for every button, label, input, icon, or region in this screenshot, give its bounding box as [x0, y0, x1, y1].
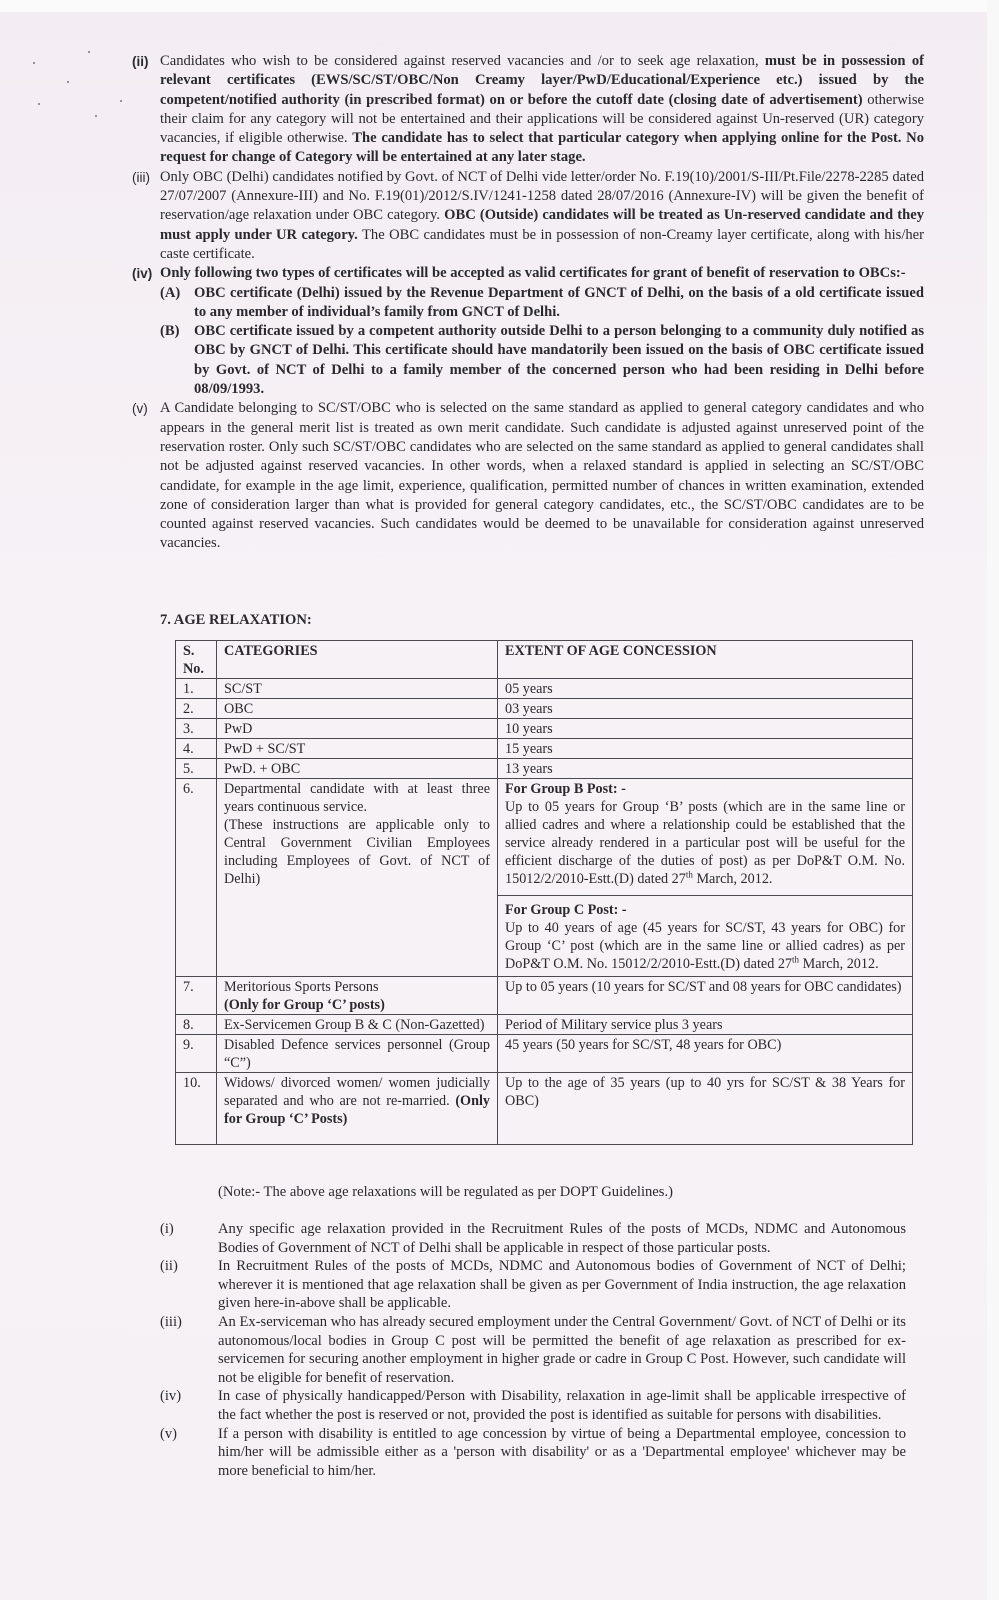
- clause-text: In case of physically handicapped/Person…: [218, 1387, 906, 1424]
- clause-v: (v) A Candidate belonging to SC/ST/OBC w…: [132, 399, 924, 553]
- document-page: (ii) Candidates who wish to be considere…: [0, 0, 999, 1600]
- page-top-margin: [0, 0, 999, 12]
- cell-sno: 6.: [176, 779, 217, 977]
- header-categories: CATEGORIES: [217, 641, 498, 679]
- clause-text: Only following two types of certificates…: [160, 264, 924, 399]
- cell-sno: 1.: [176, 679, 217, 699]
- cell-concession: 10 years: [498, 719, 913, 739]
- clause-text: Any specific age relaxation provided in …: [218, 1220, 906, 1257]
- header-sno: S. No.: [176, 641, 217, 679]
- table-header-row: S. No. CATEGORIES EXTENT OF AGE CONCESSI…: [176, 641, 913, 679]
- list-item: (iv) In case of physically handicapped/P…: [160, 1387, 906, 1424]
- subclause-b: (B) OBC certificate issued by a competen…: [160, 322, 924, 399]
- table-row: 9. Disabled Defence services personnel (…: [176, 1035, 913, 1073]
- group-c-date: March, 2012.: [799, 956, 879, 972]
- table-row: 1. SC/ST 05 years: [176, 679, 913, 699]
- list-item: (i) Any specific age relaxation provided…: [160, 1220, 906, 1257]
- cell-sno: 4.: [176, 739, 217, 759]
- category-text: Widows/ divorced women/ women judicially…: [224, 1075, 490, 1109]
- cell-category: Widows/ divorced women/ women judicially…: [217, 1073, 498, 1145]
- group-b-heading: For Group B Post: -: [505, 780, 905, 798]
- clause-text: If a person with disability is entitled …: [218, 1425, 906, 1481]
- cell-sno: 8.: [176, 1015, 217, 1035]
- scan-speck: [38, 103, 40, 105]
- ordinal-suffix: th: [792, 954, 799, 964]
- scan-speck: [120, 100, 122, 102]
- cell-sno: 9.: [176, 1035, 217, 1073]
- cell-concession: Up to the age of 35 years (up to 40 yrs …: [498, 1073, 913, 1145]
- clause-number: (iii): [160, 1313, 218, 1387]
- cell-category: Departmental candidate with at least thr…: [217, 779, 498, 977]
- cell-sno: 2.: [176, 699, 217, 719]
- clause-text: Only OBC (Delhi) candidates notified by …: [160, 168, 924, 264]
- table-row: 5. PwD. + OBC 13 years: [176, 759, 913, 779]
- clause-number: (i): [160, 1220, 218, 1257]
- cell-concession: 15 years: [498, 739, 913, 759]
- clause-intro: Only following two types of certificates…: [160, 265, 906, 281]
- subclause-text: OBC certificate (Delhi) issued by the Re…: [194, 284, 924, 323]
- clause-iii: (iii) Only OBC (Delhi) candidates notifi…: [132, 168, 924, 264]
- reservation-clauses: (ii) Candidates who wish to be considere…: [132, 52, 924, 554]
- cell-concession: 03 years: [498, 699, 913, 719]
- clause-number: (ii): [132, 52, 160, 168]
- ordinal-suffix: th: [686, 869, 693, 879]
- table-row: 8. Ex-Servicemen Group B & C (Non-Gazett…: [176, 1015, 913, 1035]
- cell-category: OBC: [217, 699, 498, 719]
- cell-category: Meritorious Sports Persons (Only for Gro…: [217, 977, 498, 1015]
- table-row: 10. Widows/ divorced women/ women judici…: [176, 1073, 913, 1145]
- group-b-date: March, 2012.: [693, 871, 773, 887]
- clause-iv: (iv) Only following two types of certifi…: [132, 264, 924, 399]
- clause-number: (iv): [160, 1387, 218, 1424]
- clause-text: In Recruitment Rules of the posts of MCD…: [218, 1257, 906, 1313]
- cell-concession: Period of Military service plus 3 years: [498, 1015, 913, 1035]
- subclause-a: (A) OBC certificate (Delhi) issued by th…: [160, 284, 924, 323]
- clause-text: An Ex-serviceman who has already secured…: [218, 1313, 906, 1387]
- table-row: 3. PwD 10 years: [176, 719, 913, 739]
- table-row: 4. PwD + SC/ST 15 years: [176, 739, 913, 759]
- cell-concession: 13 years: [498, 759, 913, 779]
- age-relaxation-table: S. No. CATEGORIES EXTENT OF AGE CONCESSI…: [175, 640, 913, 1145]
- clause-number: (iv): [132, 264, 160, 399]
- cell-concession: 05 years: [498, 679, 913, 699]
- scan-speck: [33, 62, 35, 64]
- table-row: 6. Departmental candidate with at least …: [176, 779, 913, 977]
- clause-number: (iii): [132, 168, 160, 264]
- subclause-number: (B): [160, 322, 194, 399]
- list-item: (v) If a person with disability is entit…: [160, 1425, 906, 1481]
- clause-number: (ii): [160, 1257, 218, 1313]
- page-right-margin: [987, 0, 999, 1600]
- clause-number: (v): [160, 1425, 218, 1481]
- clause-text: Candidates who wish to be considered aga…: [160, 52, 924, 168]
- subclause-text: OBC certificate issued by a competent au…: [194, 322, 924, 399]
- group-c-heading: For Group C Post: -: [505, 901, 905, 919]
- category-qualifier: (Only for Group ‘C’ posts): [224, 996, 490, 1014]
- header-concession: EXTENT OF AGE CONCESSION: [498, 641, 913, 679]
- section-title: 7. AGE RELAXATION:: [160, 612, 312, 629]
- category-note: (These instructions are applicable only …: [224, 816, 490, 888]
- scan-speck: [88, 51, 90, 53]
- cell-category: PwD: [217, 719, 498, 739]
- cell-concession: 45 years (50 years for SC/ST, 48 years f…: [498, 1035, 913, 1073]
- table-row: 2. OBC 03 years: [176, 699, 913, 719]
- cell-category: Disabled Defence services personnel (Gro…: [217, 1035, 498, 1073]
- scan-speck: [95, 115, 97, 117]
- table-note: (Note:- The above age relaxations will b…: [218, 1184, 673, 1201]
- cell-concession: For Group B Post: - Up to 05 years for G…: [498, 779, 913, 977]
- scan-speck: [67, 81, 69, 83]
- cell-category: Ex-Servicemen Group B & C (Non-Gazetted): [217, 1015, 498, 1035]
- cell-category: PwD + SC/ST: [217, 739, 498, 759]
- category-text: Departmental candidate with at least thr…: [224, 780, 490, 816]
- cell-sno: 7.: [176, 977, 217, 1015]
- group-c-concession: For Group C Post: - Up to 40 years of ag…: [498, 895, 912, 976]
- list-item: (iii) An Ex-serviceman who has already s…: [160, 1313, 906, 1387]
- clause-number: (v): [132, 399, 160, 553]
- group-b-concession: For Group B Post: - Up to 05 years for G…: [498, 779, 912, 895]
- cell-category: PwD. + OBC: [217, 759, 498, 779]
- subclause-number: (A): [160, 284, 194, 323]
- cell-sno: 3.: [176, 719, 217, 739]
- cell-category: SC/ST: [217, 679, 498, 699]
- category-text: Meritorious Sports Persons: [224, 978, 490, 996]
- list-item: (ii) In Recruitment Rules of the posts o…: [160, 1257, 906, 1313]
- clause-text: A Candidate belonging to SC/ST/OBC who i…: [160, 399, 924, 553]
- clause-ii: (ii) Candidates who wish to be considere…: [132, 52, 924, 168]
- cell-concession: Up to 05 years (10 years for SC/ST and 0…: [498, 977, 913, 1015]
- cell-sno: 5.: [176, 759, 217, 779]
- clause-text-segment: Candidates who wish to be considered aga…: [160, 53, 765, 69]
- cell-sno: 10.: [176, 1073, 217, 1145]
- table-row: 7. Meritorious Sports Persons (Only for …: [176, 977, 913, 1015]
- age-relaxation-clauses: (i) Any specific age relaxation provided…: [160, 1220, 906, 1480]
